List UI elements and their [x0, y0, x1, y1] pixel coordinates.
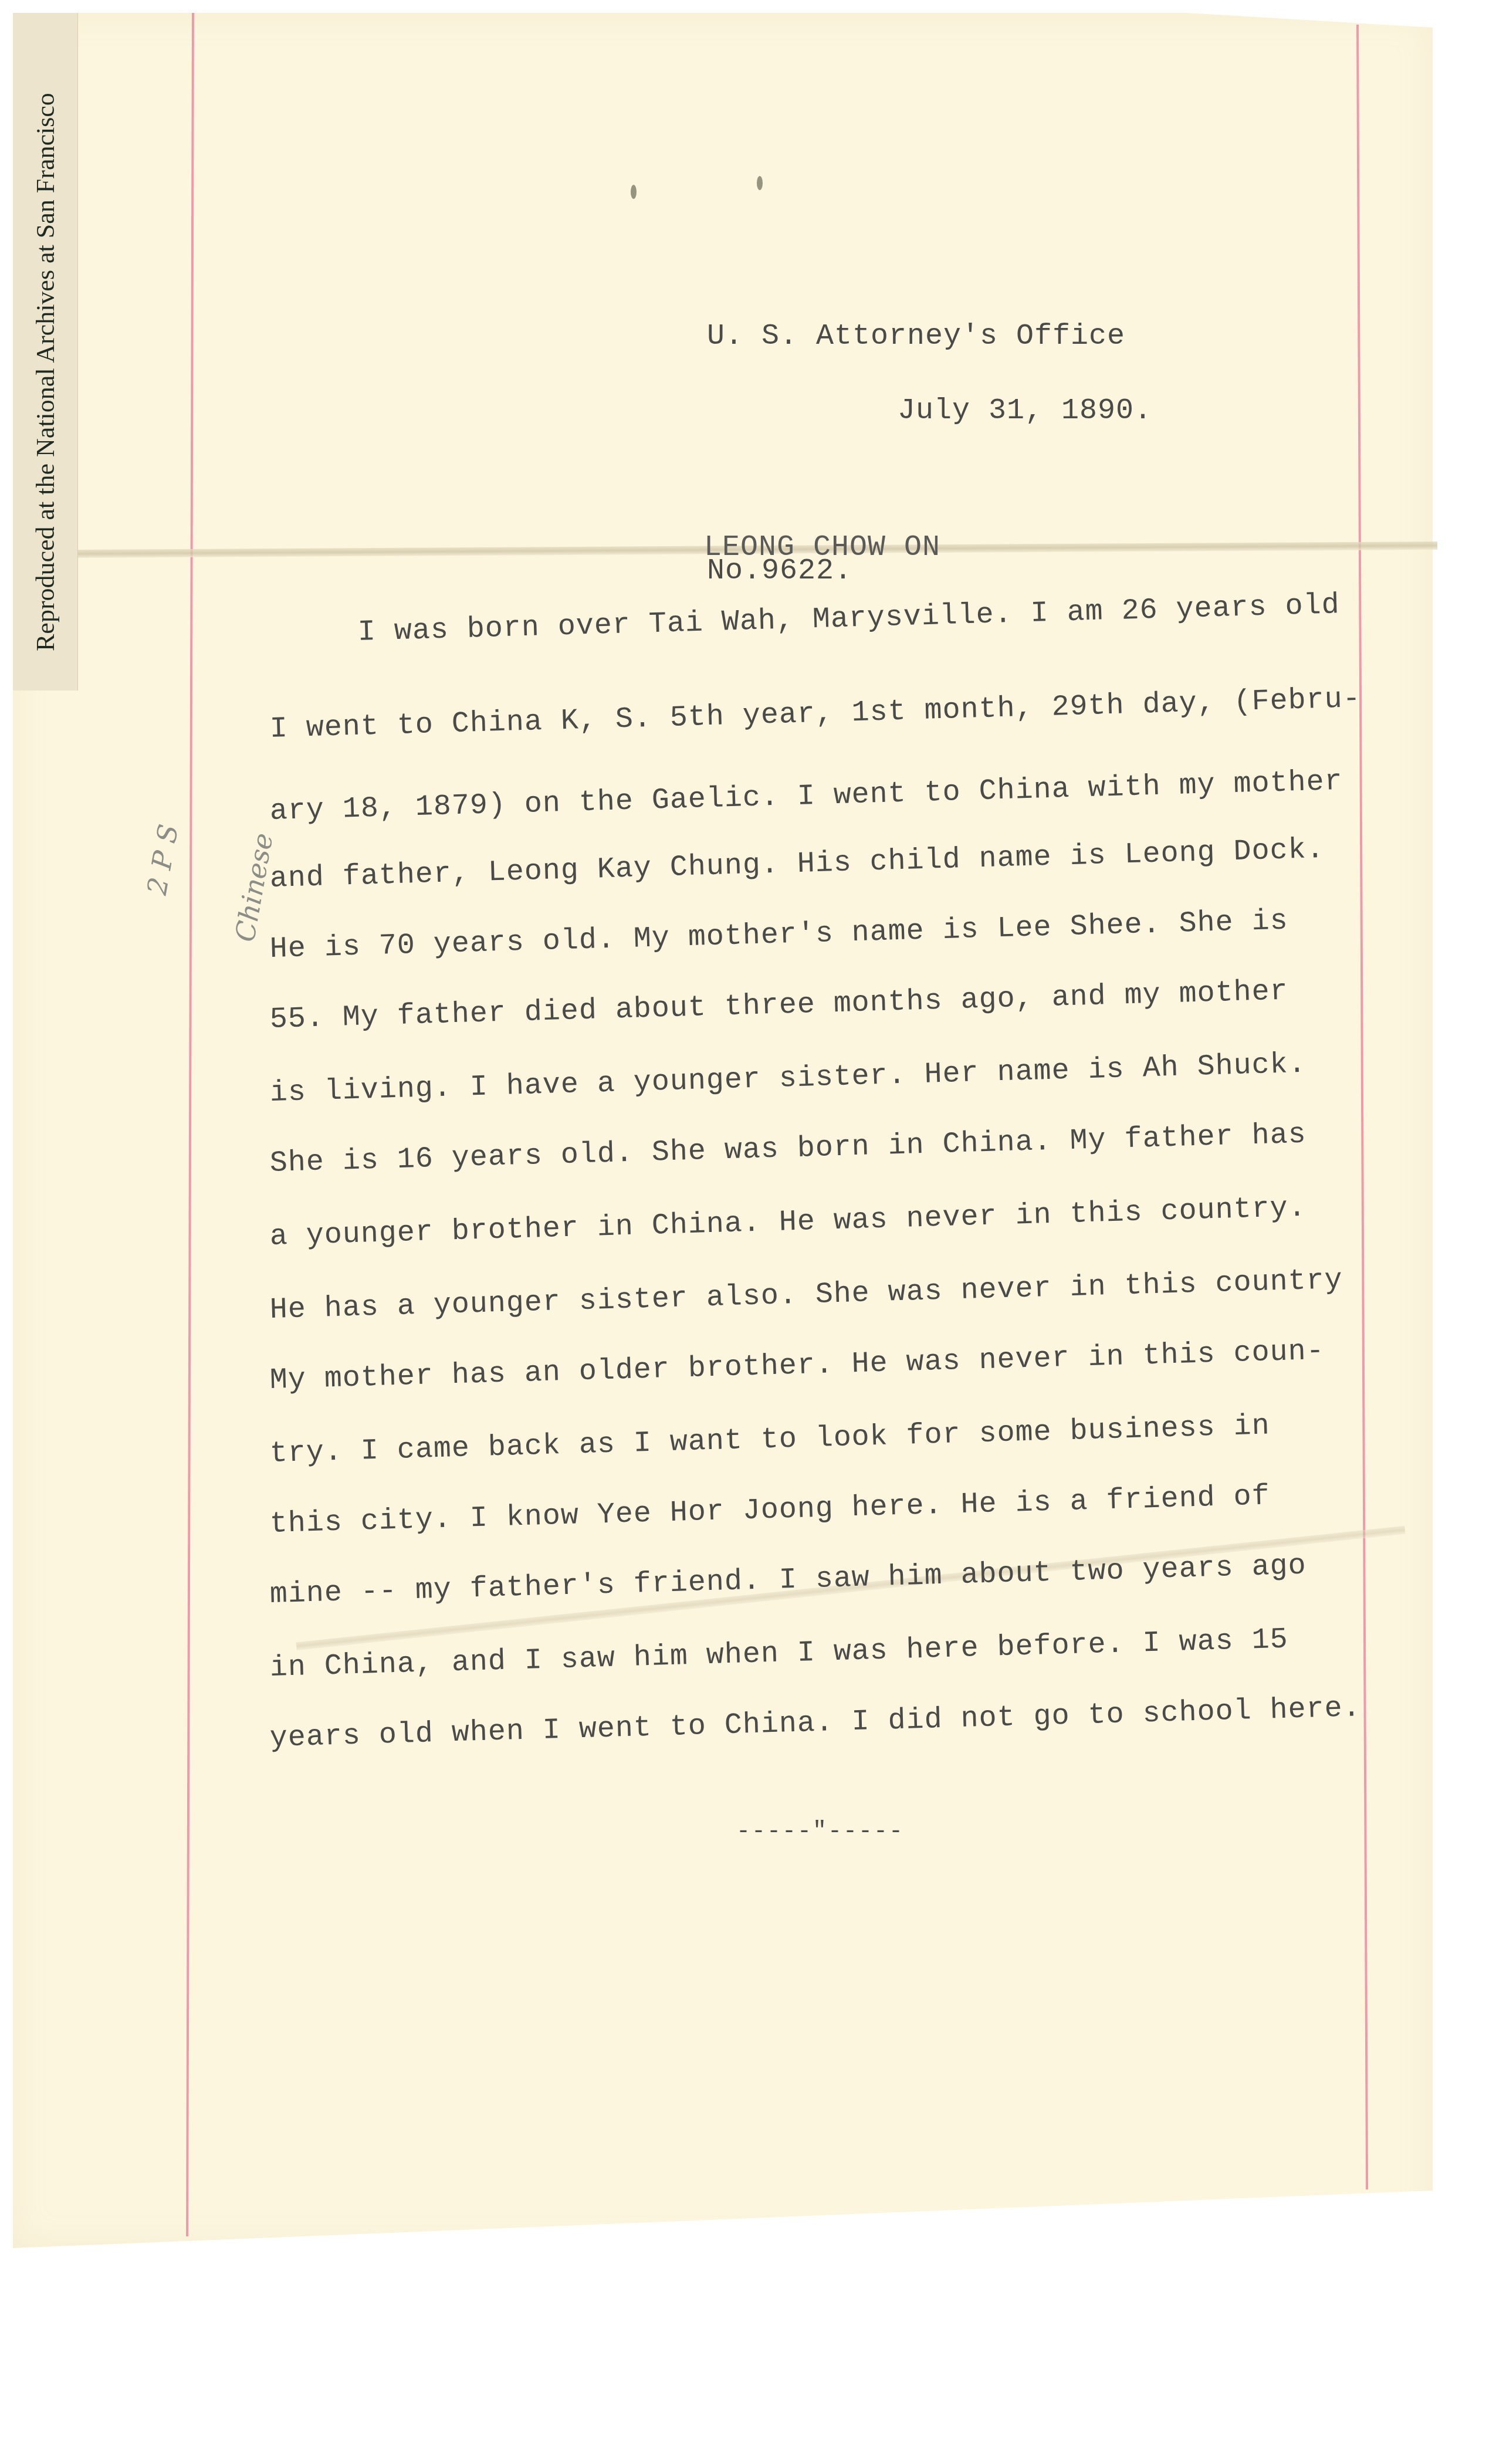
left-margin-rule	[186, 13, 194, 2236]
case-number: No.9622.	[707, 554, 852, 588]
document-date: July 31, 1890.	[898, 394, 1152, 428]
end-of-statement-mark: -----"-----	[736, 1819, 904, 1845]
office-heading: U. S. Attorney's Office	[707, 320, 1125, 353]
right-margin-rule	[1356, 25, 1368, 2189]
archive-stamp-text: Reproduced at the National Archives at S…	[16, 23, 75, 651]
ink-smudge	[631, 185, 637, 199]
ink-smudge	[757, 176, 763, 190]
